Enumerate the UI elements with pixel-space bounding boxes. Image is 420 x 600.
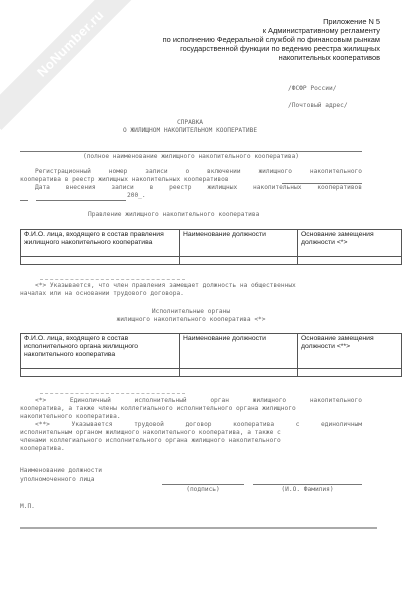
registration-line2: кооператива в реестр жилищных накопитель… <box>20 176 229 184</box>
name-field[interactable] <box>253 484 362 485</box>
appendix-line: по исполнению Федеральной службой по фин… <box>100 35 380 44</box>
table-header-cell: Ф.И.О. лица, входящего в состав правлени… <box>21 230 180 257</box>
executive-footnote: накопительного кооператива. <box>20 413 121 421</box>
date-month-field <box>36 200 126 201</box>
coop-name-caption: (полное наименование жилищного накопител… <box>0 153 382 161</box>
appendix-line: к Административному регламенту <box>100 26 380 35</box>
board-footnote-line2: началах или на основании трудового догов… <box>20 290 184 298</box>
registration-date-line: Дата внесения записи в реестр жилищных н… <box>35 184 362 192</box>
name-caption: (И.О. Фамилия) <box>253 486 362 494</box>
addressee-postal: /Почтовый адрес/ <box>288 102 348 110</box>
signature-field[interactable] <box>162 484 244 485</box>
bottom-divider <box>20 527 377 529</box>
coop-name-field <box>20 151 362 152</box>
footnote-separator <box>40 279 185 280</box>
table-cell[interactable] <box>298 369 402 377</box>
appendix-line: накопительных кооперативов <box>100 53 380 62</box>
table-cell[interactable] <box>180 369 298 377</box>
table-header-row: Ф.И.О. лица, входящего в состав правлени… <box>21 230 402 257</box>
executive-footnote: <*> Единоличный исполнительный орган жил… <box>35 397 362 405</box>
table-cell[interactable] <box>21 369 180 377</box>
executive-table: Ф.И.О. лица, входящего в состав исполнит… <box>20 333 402 377</box>
appendix-line: государственной функции по ведению реест… <box>100 44 380 53</box>
table-header-row: Ф.И.О. лица, входящего в состав исполнит… <box>21 334 402 369</box>
doc-title: СПРАВКА <box>0 119 380 127</box>
table-header-cell: Наименование должности <box>180 230 298 257</box>
table-cell[interactable] <box>180 257 298 265</box>
executive-footnote: членами коллегиального исполнительного о… <box>20 437 281 445</box>
board-heading: Правление жилищного накопительного коопе… <box>88 211 259 219</box>
executive-footnote: кооператива. <box>20 445 65 453</box>
table-header-cell: Наименование должности <box>180 334 298 369</box>
board-footnote-line1: <*> Указывается, что член правления заме… <box>35 282 296 290</box>
table-header-cell: Основание замещения должности <**> <box>298 334 402 369</box>
executive-subheading: жилищного накопительного кооператива <*> <box>0 316 382 324</box>
appendix-header: Приложение N 5 к Административному регла… <box>100 17 380 62</box>
addressee-fsfr: /ФСФР России/ <box>288 85 336 93</box>
date-day-field <box>20 200 28 201</box>
registration-line1: Регистрационный номер записи о включении… <box>35 168 362 176</box>
appendix-line: Приложение N 5 <box>100 17 380 26</box>
signature-caption: (подпись) <box>162 486 244 494</box>
executive-footnote: кооператива, а также члены коллегиальног… <box>20 405 296 413</box>
doc-subtitle: О ЖИЛИЩНОМ НАКОПИТЕЛЬНОМ КООПЕРАТИВЕ <box>0 127 380 135</box>
seal-placeholder: М.П. <box>20 503 35 511</box>
executive-footnote: исполнительным органом жилищного накопит… <box>20 429 281 437</box>
board-table: Ф.И.О. лица, входящего в состав правлени… <box>20 229 402 265</box>
footnote-separator <box>40 393 185 394</box>
table-header-cell: Основание замещения должности <*> <box>298 230 402 257</box>
table-cell[interactable] <box>21 257 180 265</box>
table-header-cell: Ф.И.О. лица, входящего в состав исполнит… <box>21 334 180 369</box>
executive-heading: Исполнительные органы <box>0 308 382 316</box>
table-row <box>21 369 402 377</box>
table-row <box>21 257 402 265</box>
executive-footnote: <**> Указывается трудовой договор коопер… <box>35 421 362 429</box>
table-cell[interactable] <box>298 257 402 265</box>
signatory-position-line2: уполномоченного лица <box>20 476 95 484</box>
date-year-suffix: 200_. <box>127 192 146 200</box>
signatory-position-line1: Наименование должности <box>20 467 102 475</box>
